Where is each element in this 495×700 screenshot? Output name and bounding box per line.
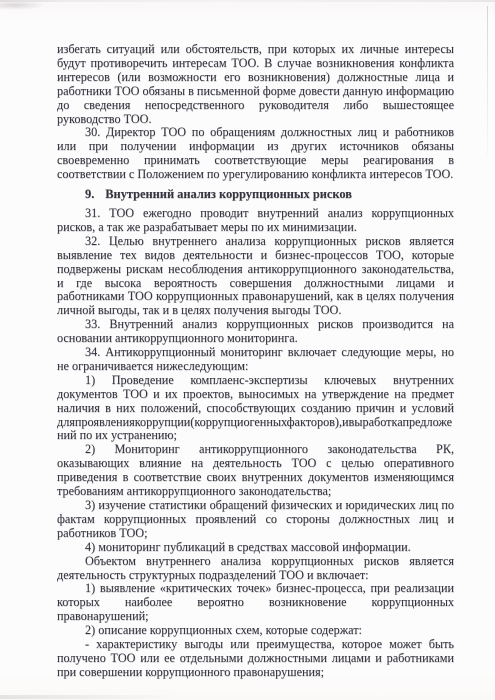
paragraph-clause-33: 33. Внутренний анализ коррупционных риск… [57,318,454,346]
scan-artifact-top-edge [0,0,495,2]
paragraph-clause-32: 32. Целью внутреннего анализа коррупцион… [57,235,454,318]
paragraph-continuation: избегать ситуаций или обстоятельств, при… [57,43,454,126]
paragraph-clause-34-item-2: 2) Мониторинг антикоррупционного законод… [57,443,454,499]
section-heading-number: 9. [85,187,94,201]
paragraph-dash-item: - характеристику выгоды или преимущества… [57,638,454,680]
paragraph-clause-30: 30. Директор ТОО по обращениям должностн… [57,126,454,182]
section-heading-title: Внутренний анализ коррупционных рисков [94,187,352,201]
paragraph-clause-31: 31. ТОО ежегодно проводит внутренний ана… [57,207,454,235]
paragraph-clause-34-item-4: 4) мониторинг публикаций в средствах мас… [57,541,454,555]
section-heading: 9.Внутренний анализ коррупционных рисков [57,188,454,202]
paragraph-clause-34-item-3: 3) изучение статистики обращений физичес… [57,499,454,541]
paragraph-object-item-2: 2) описание коррупционных схем, которые … [57,624,454,638]
document-page: избегать ситуаций или обстоятельств, при… [0,0,495,700]
paragraph-clause-34-item-1: 1) Проведение комплаенс-экспертизы ключе… [57,374,454,444]
scan-artifact-topleft-smudge [0,2,46,10]
paragraph-object-item-1: 1) выявление «критических точек» бизнес-… [57,582,454,624]
scan-artifact-right-streak [487,6,488,156]
scan-artifact-bottom-smudge [0,695,180,699]
paragraph-clause-34: 34. Антикоррупционный мониторинг включае… [57,346,454,374]
paragraph-object-statement: Объектом внутреннего анализа коррупционн… [57,555,454,583]
